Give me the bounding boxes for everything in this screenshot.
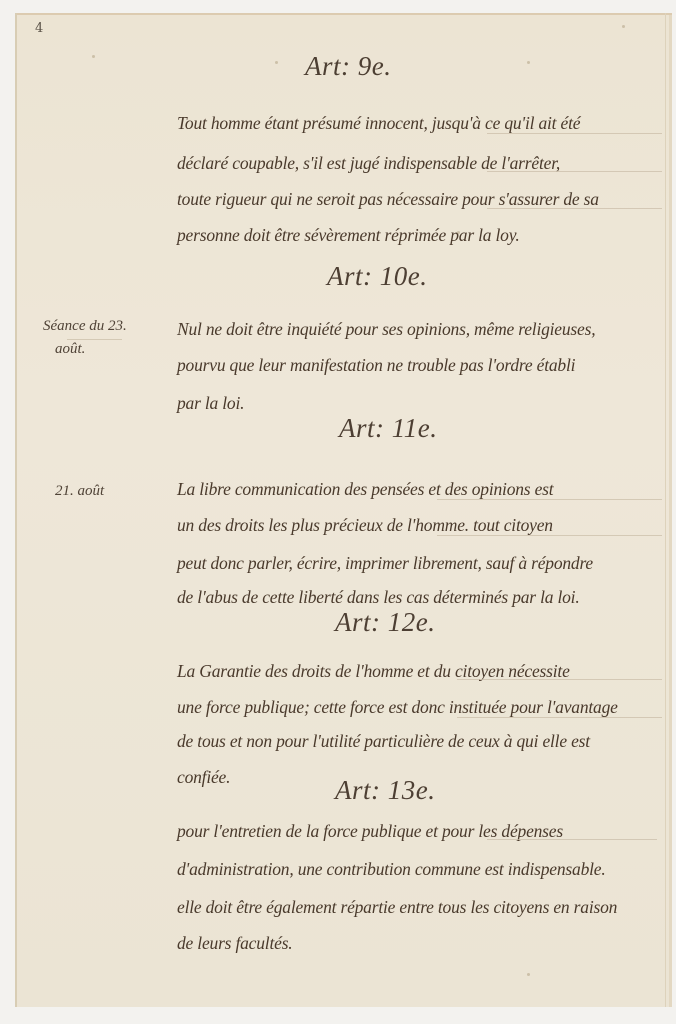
article-10-heading: Art: 10e. <box>327 261 427 292</box>
paper-spot <box>622 25 625 28</box>
paper-spot <box>92 55 95 58</box>
ruled-line <box>437 535 662 536</box>
article-11-line-1: La libre communication des pensées et de… <box>177 479 657 500</box>
paper-spot <box>527 973 530 976</box>
page-number: 4 <box>35 21 43 36</box>
article-10-line-1: Nul ne doit être inquiété pour ses opini… <box>177 319 657 340</box>
margin-note-aout: août. <box>55 341 85 358</box>
margin-note-seance-23-aout: Séance du 23. <box>43 318 127 335</box>
paper-spot <box>275 61 278 64</box>
article-11-line-4: de l'abus de cette liberté dans les cas … <box>177 587 657 608</box>
ruled-line <box>437 499 662 500</box>
article-9-line-1: Tout homme étant présumé innocent, jusqu… <box>177 113 657 134</box>
margin-note-21-aout: 21. août <box>55 483 104 500</box>
ruled-line <box>457 717 662 718</box>
article-10-line-2: pourvu que leur manifestation ne trouble… <box>177 355 657 376</box>
article-13-line-4: de leurs facultés. <box>177 933 657 954</box>
article-11-line-3: peut donc parler, écrire, imprimer libre… <box>177 553 657 574</box>
paper-spot <box>457 231 460 234</box>
article-12-line-2: une force publique; cette force est donc… <box>177 697 657 718</box>
ruled-line <box>487 133 662 134</box>
article-11-line-2: un des droits les plus précieux de l'hom… <box>177 515 657 536</box>
article-9-heading: Art: 9e. <box>305 51 391 82</box>
paper-spot <box>527 61 530 64</box>
article-13-heading: Art: 13e. <box>335 775 435 806</box>
article-10-line-3: par la loi. <box>177 393 657 414</box>
article-13-line-2: d'administration, une contribution commu… <box>177 859 657 880</box>
ruled-line <box>487 171 662 172</box>
ruled-line <box>487 208 662 209</box>
article-9-line-4: personne doit être sévèrement réprimée p… <box>177 225 657 246</box>
ruled-line <box>67 339 122 340</box>
ruled-line <box>487 839 657 840</box>
manuscript-page: 4 Art: 9e. Tout homme étant présumé inno… <box>15 13 672 1007</box>
article-11-heading: Art: 11e. <box>339 413 437 444</box>
article-12-heading: Art: 12e. <box>335 607 435 638</box>
ruled-line <box>457 679 662 680</box>
article-13-line-3: elle doit être également répartie entre … <box>177 897 657 918</box>
article-12-line-3: de tous et non pour l'utilité particuliè… <box>177 731 657 752</box>
article-9-line-3: toute rigueur qui ne seroit pas nécessai… <box>177 189 657 210</box>
